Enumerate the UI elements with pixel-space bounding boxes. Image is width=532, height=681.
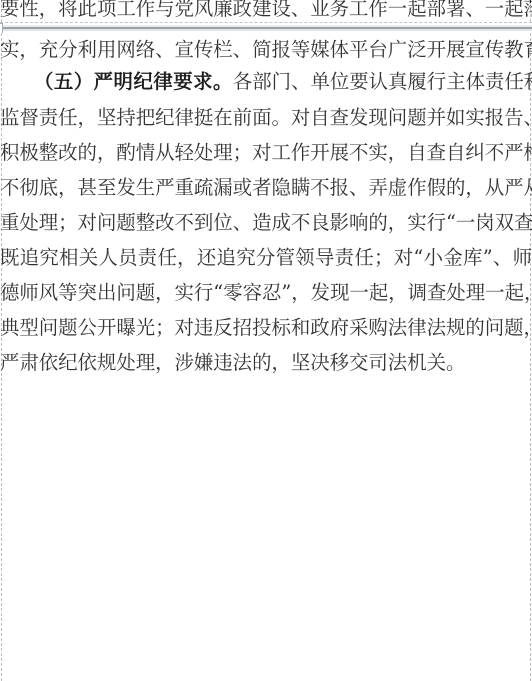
section-heading: （五）严明纪律要求。 bbox=[34, 70, 233, 93]
page-bottom-boundary bbox=[0, 22, 532, 23]
text-line: 实，充分利用网络、宣传栏、简报等媒体平台广泛开展宣传教育。 bbox=[0, 38, 532, 62]
current-page: 实，充分利用网络、宣传栏、简报等媒体平台广泛开展宣传教育。 （五）严明纪律要求。… bbox=[0, 33, 532, 681]
text-line: 积极整改的，酌情从轻处理；对工作开展不实，自查自纠不严格、 bbox=[0, 141, 532, 165]
previous-page: 要性，将此项工作与党风廉政建设、业务工作一起部署、一起落 bbox=[0, 0, 532, 22]
text-line: 既追究相关人员责任，还追究分管领导责任；对“小金库”、师 bbox=[0, 246, 532, 270]
text-line: 监督责任，坚持把纪律挺在前面。对自查发现问题并如实报告、 bbox=[0, 106, 532, 130]
text-line: 德师风等突出问题，实行“零容忍”，发现一起，调查处理一起， bbox=[0, 281, 532, 305]
text-line: 典型问题公开曝光；对违反招投标和政府采购法律法规的问题， bbox=[0, 316, 532, 340]
section-first-line-text: 各部门、单位要认真履行主体责任和 bbox=[233, 70, 532, 93]
text-line: 严肃依纪依规处理，涉嫌违法的，坚决移交司法机关。 bbox=[0, 351, 532, 375]
section-heading-line: （五）严明纪律要求。各部门、单位要认真履行主体责任和 bbox=[0, 70, 532, 94]
page-gap-band bbox=[0, 25, 532, 31]
text-line: 重处理；对问题整改不到位、造成不良影响的，实行“一岗双查”， bbox=[0, 211, 532, 235]
text-line: 不彻底，甚至发生严重疏漏或者隐瞒不报、弄虚作假的，从严从 bbox=[0, 176, 532, 200]
text-line: 要性，将此项工作与党风廉政建设、业务工作一起部署、一起落 bbox=[0, 0, 532, 21]
